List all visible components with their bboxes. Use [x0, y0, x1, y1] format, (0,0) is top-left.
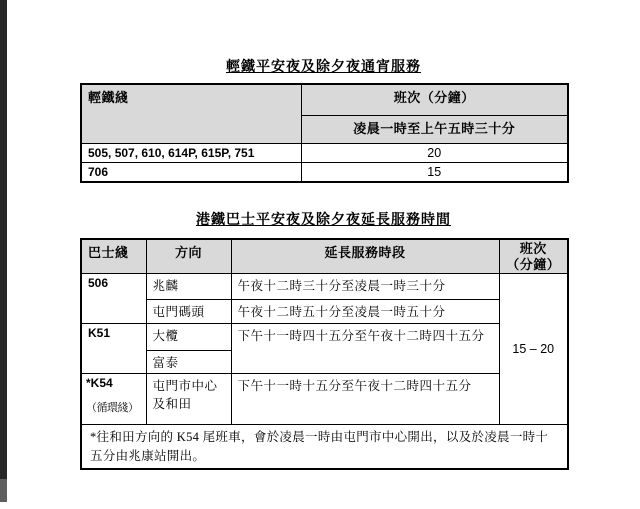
bus-frequency-header-line1: 班次 — [502, 241, 566, 257]
table-row: K51 大欖 下午十一時四十五分至午夜十二時四十五分 — [81, 324, 568, 351]
bus-route-k54-number: *K54 — [86, 376, 142, 390]
light-rail-routes-cell: 505, 507, 610, 614P, 615P, 751 — [81, 143, 301, 162]
light-rail-route-header: 輕鐵綫 — [81, 84, 301, 143]
table-row: 505, 507, 610, 614P, 615P, 751 20 — [81, 143, 568, 162]
bus-direction-tuen-mun-pier-cell: 屯門碼頭 — [146, 300, 231, 324]
light-rail-service-table: 輕鐵綫 班次（分鐘） 凌晨一時至上午五時三十分 505, 507, 610, 6… — [80, 83, 569, 183]
light-rail-routes-cell: 706 — [81, 162, 301, 182]
k54-footnote: *往和田方向的 K54 尾班車，會於凌晨一時由屯門市中心開出，以及於凌晨一時十五… — [81, 425, 568, 470]
table-row: *往和田方向的 K54 尾班車，會於凌晨一時由屯門市中心開出，以及於凌晨一時十五… — [81, 425, 568, 470]
bus-route-506-cell: 506 — [81, 274, 146, 324]
bus-period-k54-cell: 下午十一時十五分至午夜十二時四十五分 — [231, 374, 499, 425]
bus-route-k51-cell: K51 — [81, 324, 146, 374]
bus-route-header: 巴士綫 — [81, 239, 146, 274]
light-rail-period-header: 凌晨一時至上午五時三十分 — [301, 115, 568, 143]
table-row: 屯門碼頭 午夜十二時五十分至凌晨一時五十分 — [81, 300, 568, 324]
bus-period-siu-lun-cell: 午夜十二時三十分至凌晨一時三十分 — [231, 274, 499, 300]
bus-route-k54-circular-label: （循環綫） — [86, 399, 142, 415]
table-row: 506 兆麟 午夜十二時三十分至凌晨一時三十分 15 – 20 — [81, 274, 568, 300]
light-rail-frequency-cell: 20 — [301, 143, 568, 162]
table-row: 706 15 — [81, 162, 568, 182]
page-edge-strip-footer — [0, 479, 7, 502]
bus-direction-fu-tai-cell: 富泰 — [146, 351, 231, 374]
bus-period-k51-cell: 下午十一時四十五分至午夜十二時四十五分 — [231, 324, 499, 374]
light-rail-frequency-cell: 15 — [301, 162, 568, 182]
bus-period-tuen-mun-pier-cell: 午夜十二時五十分至凌晨一時五十分 — [231, 300, 499, 324]
bus-period-header: 延長服務時段 — [231, 239, 499, 274]
bus-route-k54-cell: *K54 （循環綫） — [81, 374, 146, 425]
document-page: 輕鐵平安夜及除夕夜通宵服務 輕鐵綫 班次（分鐘） 凌晨一時至上午五時三十分 50… — [0, 0, 640, 509]
light-rail-frequency-header: 班次（分鐘） — [301, 84, 568, 115]
bus-direction-header: 方向 — [146, 239, 231, 274]
mtr-bus-service-table: 巴士綫 方向 延長服務時段 班次 （分鐘） 506 兆麟 午夜十二時三十分至凌晨… — [80, 238, 569, 470]
bus-frequency-cell: 15 – 20 — [499, 274, 568, 425]
bus-direction-k54-cell: 屯門市中心及和田 — [146, 374, 231, 425]
bus-direction-siu-lun-cell: 兆麟 — [146, 274, 231, 300]
page-edge-strip — [0, 0, 7, 479]
bus-frequency-header: 班次 （分鐘） — [499, 239, 568, 274]
light-rail-section-title: 輕鐵平安夜及除夕夜通宵服務 — [80, 56, 567, 76]
mtr-bus-section-title: 港鐵巴士平安夜及除夕夜延長服務時間 — [80, 209, 567, 229]
table-row: *K54 （循環綫） 屯門市中心及和田 下午十一時十五分至午夜十二時四十五分 — [81, 374, 568, 425]
bus-direction-tai-lam-cell: 大欖 — [146, 324, 231, 351]
bus-frequency-header-line2: （分鐘） — [502, 257, 566, 273]
